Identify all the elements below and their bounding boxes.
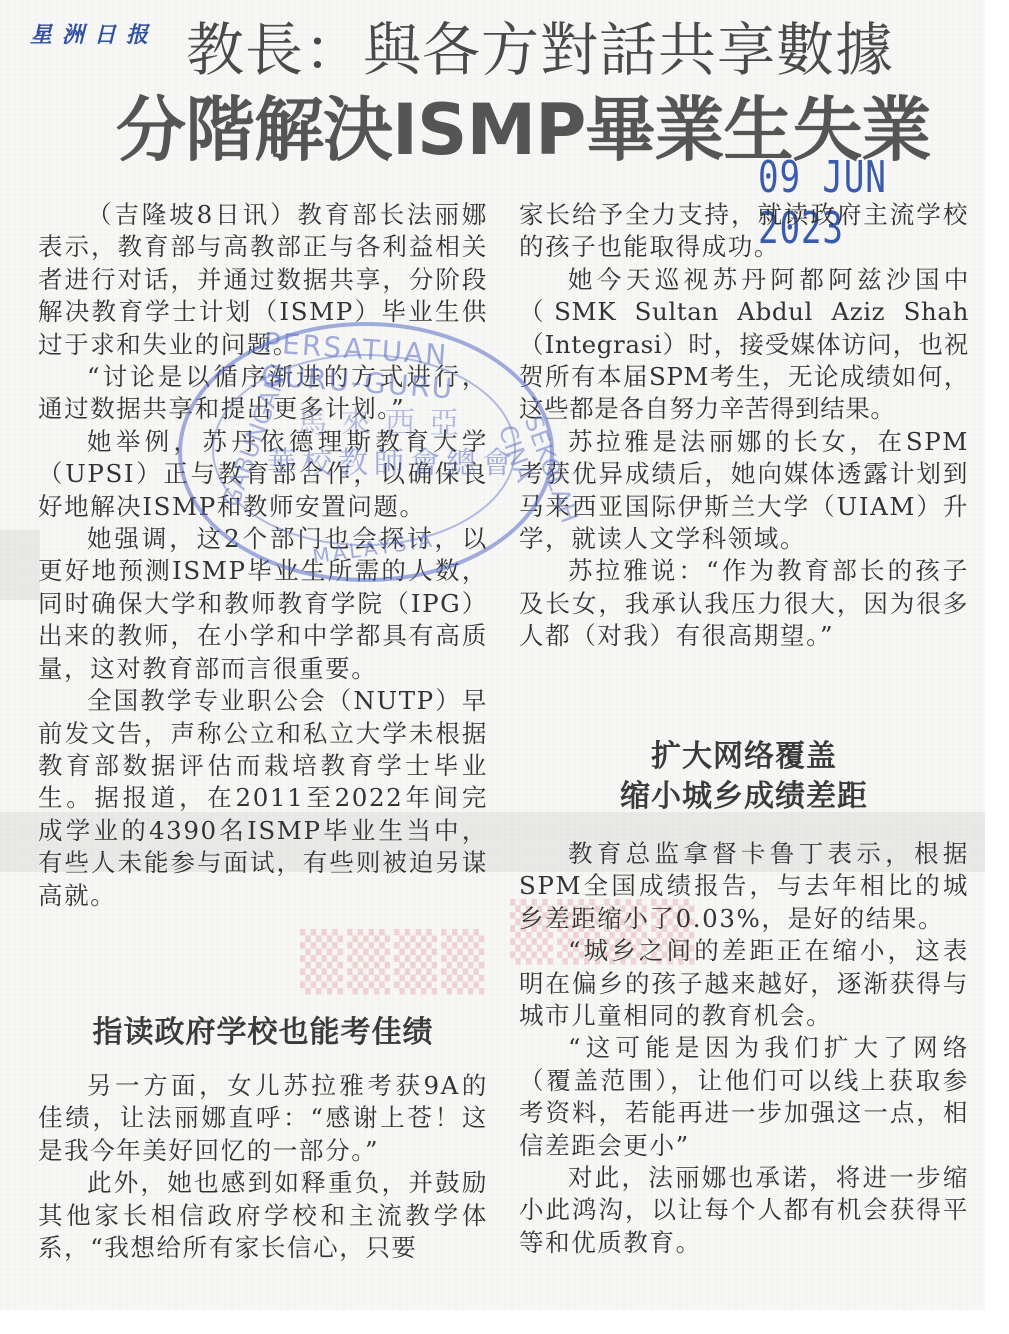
paragraph: 她举例，苏丹依德理斯教育大学（UPSI）正与教育部合作，以确保良好地解决ISMP… bbox=[38, 426, 488, 523]
paragraph: （吉隆坡8日讯）教育部长法丽娜表示，教育部与高教部正与各利益相关者进行对话，并通… bbox=[38, 199, 488, 361]
paragraph: “讨论是以循序渐进的方式进行，通过数据共享和提出更多计划。” bbox=[38, 361, 488, 426]
paragraph: “这可能是因为我们扩大了网络（覆盖范围），让他们可以线上获取参考资料，若能再进一… bbox=[519, 1032, 969, 1162]
paragraph: 家长给予全力支持，就读政府主流学校的孩子也能取得成功。 bbox=[519, 199, 969, 264]
newspaper-clipping: ▒▒▒▒ ▒▒▒▒ 星洲日报 教長：與各方對話共享數據 分階解決ISMP畢業生失… bbox=[0, 0, 985, 1310]
subheading-right: 扩大网络覆盖 缩小城乡成绩差距 bbox=[519, 737, 969, 817]
subheading-line: 扩大网络覆盖 bbox=[519, 737, 969, 777]
paragraph: 对此，法丽娜也承诺，将进一步缩小此鸿沟，以让每个人都有机会获得平等和优质教育。 bbox=[519, 1162, 969, 1259]
article-column-right-continued: 教育总监拿督卡鲁丁表示，根据SPM全国成绩报告，与去年相比的城乡差距缩小了0.0… bbox=[519, 838, 969, 1259]
scan-margin-right bbox=[985, 0, 1009, 1334]
paragraph: 她强调，这2个部门也会探讨，以更好地预测ISMP毕业生所需的人数，同时确保大学和… bbox=[38, 523, 488, 685]
article-column-right: 家长给予全力支持，就读政府主流学校的孩子也能取得成功。 她今天巡视苏丹阿都阿兹沙… bbox=[519, 199, 969, 653]
show-through-red-text: ▒▒▒▒ bbox=[300, 930, 488, 995]
paragraph: 她今天巡视苏丹阿都阿兹沙国中（SMK Sultan Abdul Aziz Sha… bbox=[519, 264, 969, 426]
headline-kicker: 教長：與各方對話共享數據 bbox=[186, 18, 894, 82]
show-through-band bbox=[0, 530, 40, 600]
article-column-left: （吉隆坡8日讯）教育部长法丽娜表示，教育部与高教部正与各利益相关者进行对话，并通… bbox=[38, 199, 488, 912]
subheading-left: 指读政府学校也能考佳绩 bbox=[38, 1013, 488, 1053]
paragraph: 另一方面，女儿苏拉雅考获9A的佳绩，让法丽娜直呼：“感谢上苍！这是我今年美好回忆… bbox=[38, 1070, 488, 1167]
subheading-line: 缩小城乡成绩差距 bbox=[519, 777, 969, 817]
article-column-left-continued: 另一方面，女儿苏拉雅考获9A的佳绩，让法丽娜直呼：“感谢上苍！这是我今年美好回忆… bbox=[38, 1070, 488, 1264]
paragraph: 此外，她也感到如释重负，并鼓励其他家长相信政府学校和主流教学体系，“我想给所有家… bbox=[38, 1167, 488, 1264]
paragraph: 苏拉雅说：“作为教育部长的孩子及长女，我承认我压力很大，因为很多人都（对我）有很… bbox=[519, 555, 969, 652]
scan-margin-bottom bbox=[0, 1310, 1009, 1334]
masthead-logo: 星洲日报 bbox=[30, 18, 158, 49]
paragraph: 教育总监拿督卡鲁丁表示，根据SPM全国成绩报告，与去年相比的城乡差距缩小了0.0… bbox=[519, 838, 969, 935]
paragraph: “城乡之间的差距正在缩小，这表明在偏乡的孩子越来越好，逐渐获得与城市儿童相同的教… bbox=[519, 935, 969, 1032]
paragraph: 全国教学专业职公会（NUTP）早前发文告，声称公立和私立大学未根据教育部数据评估… bbox=[38, 685, 488, 912]
paragraph: 苏拉雅是法丽娜的长女，在SPM考获优异成绩后，她向媒体透露计划到马来西亚国际伊斯… bbox=[519, 426, 969, 556]
